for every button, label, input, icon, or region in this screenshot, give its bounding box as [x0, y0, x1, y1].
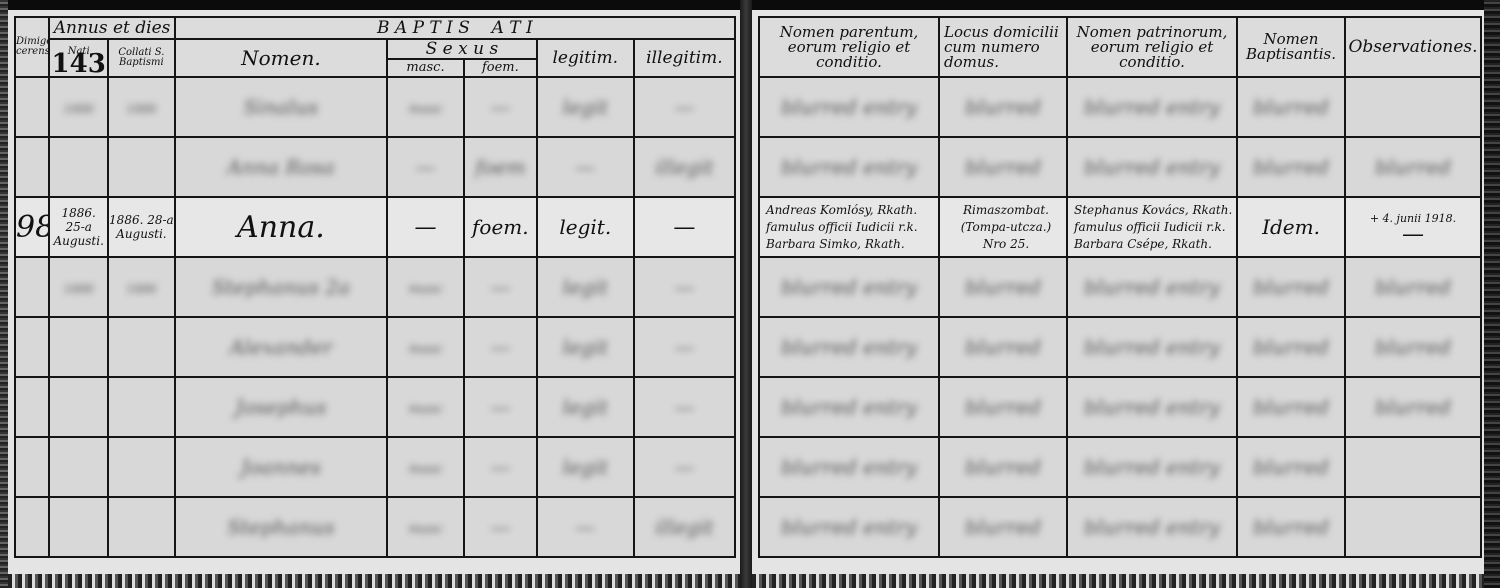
sex-foem-value: foem.	[464, 197, 537, 257]
header-baptizer: Nomen Baptisantis.	[1237, 17, 1345, 77]
page-bottom-edge	[8, 574, 740, 588]
table-row: blurred entry blurred blurred entry blur…	[759, 257, 1481, 317]
table-row: Stephanus masc — — illegit	[15, 497, 735, 557]
table-row: 1886 1886 Stephanus 2a masc — legit —	[15, 257, 735, 317]
baptizer-name: Idem.	[1237, 197, 1345, 257]
header-sexus: S e x u s	[387, 39, 537, 59]
baptism-register-table-left: Dimigeres cerens. Annus et dies B A P T …	[14, 16, 736, 558]
table-row: blurred entry blurred blurred entry blur…	[759, 497, 1481, 557]
parents-cell: Andreas Komlósy, Rkath. famulus officii …	[759, 197, 939, 257]
book-spine	[740, 0, 752, 588]
header-parents: Nomen parentum, eorum religio et conditi…	[759, 17, 939, 77]
table-row: blurred entry blurred blurred entry blur…	[759, 377, 1481, 437]
header-legitim: legitim.	[537, 39, 634, 77]
illegitimate-value: —	[634, 197, 735, 257]
table-row: blurred entry blurred blurred entry blur…	[759, 77, 1481, 137]
table-row: 1886 1886 Sinalus masc — legit —	[15, 77, 735, 137]
table-row: blurred entry blurred blurred entry blur…	[759, 437, 1481, 497]
header-godparents: Nomen patrinorum, eorum religio et condi…	[1067, 17, 1237, 77]
baptism-register-table-right: Nomen parentum, eorum religio et conditi…	[758, 16, 1482, 558]
table-row: Joannes masc — legit —	[15, 437, 735, 497]
header-dimigeres: Dimigeres cerens.	[15, 17, 49, 77]
register-right-page: Nomen parentum, eorum religio et conditi…	[752, 10, 1484, 588]
table-row: blurred entry blurred blurred entry blur…	[759, 137, 1481, 197]
father-occupation: famulus officii Iudicii r.k.	[766, 219, 938, 236]
book-edge-left	[0, 0, 8, 588]
header-foem: foem.	[464, 59, 537, 77]
mother-name: Barbara Simko, Rkath.	[766, 236, 938, 253]
father-name: Andreas Komlósy, Rkath.	[766, 202, 938, 219]
header-nomen: Nomen.	[175, 39, 387, 77]
table-row: Alexander masc — legit —	[15, 317, 735, 377]
header-annus-et-dies: Annus et dies	[49, 17, 174, 39]
header-masc: masc.	[387, 59, 464, 77]
page-number: 143	[52, 49, 106, 78]
table-row: Josephus masc — legit —	[15, 377, 735, 437]
godparents-cell: Stephanus Kovács, Rkath. famulus officii…	[1067, 197, 1237, 257]
header-collati: Collati S. Baptismi	[108, 39, 175, 77]
table-row-entry-98: Andreas Komlósy, Rkath. famulus officii …	[759, 197, 1481, 257]
table-row-entry-98: 98. 1886. 25-a Augusti. 1886. 28-a Augus…	[15, 197, 735, 257]
godmother-name: Barbara Csépe, Rkath.	[1074, 236, 1236, 253]
legitimate-value: legit.	[537, 197, 634, 257]
entry-number: 98.	[15, 197, 49, 257]
table-row: blurred entry blurred blurred entry blur…	[759, 317, 1481, 377]
page-bottom-edge	[752, 574, 1484, 588]
book-edge-right	[1484, 0, 1500, 588]
godfather-name: Stephanus Kovács, Rkath.	[1074, 202, 1236, 219]
header-nati: Nati 143	[49, 39, 108, 77]
observations-cell: + 4. junii 1918. —	[1345, 197, 1481, 257]
godfather-occupation: famulus officii Iudicii r.k.	[1074, 219, 1236, 236]
header-domicile: Locus domicilii cum numero domus.	[939, 17, 1067, 77]
header-banner-baptismati: B A P T I S A T I	[175, 17, 735, 39]
header-illegitim: illegitim.	[634, 39, 735, 77]
table-row: Anna Rosa — foem — illegit	[15, 137, 735, 197]
child-name: Anna.	[175, 197, 387, 257]
header-observations: Observationes.	[1345, 17, 1481, 77]
baptism-date: 1886. 28-a Augusti.	[108, 197, 175, 257]
domicile-cell: Rimaszombat. (Tompa-utcza.) Nro 25.	[939, 197, 1067, 257]
sex-masc-value: —	[387, 197, 464, 257]
birth-date: 1886. 25-a Augusti.	[49, 197, 108, 257]
register-left-page: Dimigeres cerens. Annus et dies B A P T …	[8, 10, 740, 588]
